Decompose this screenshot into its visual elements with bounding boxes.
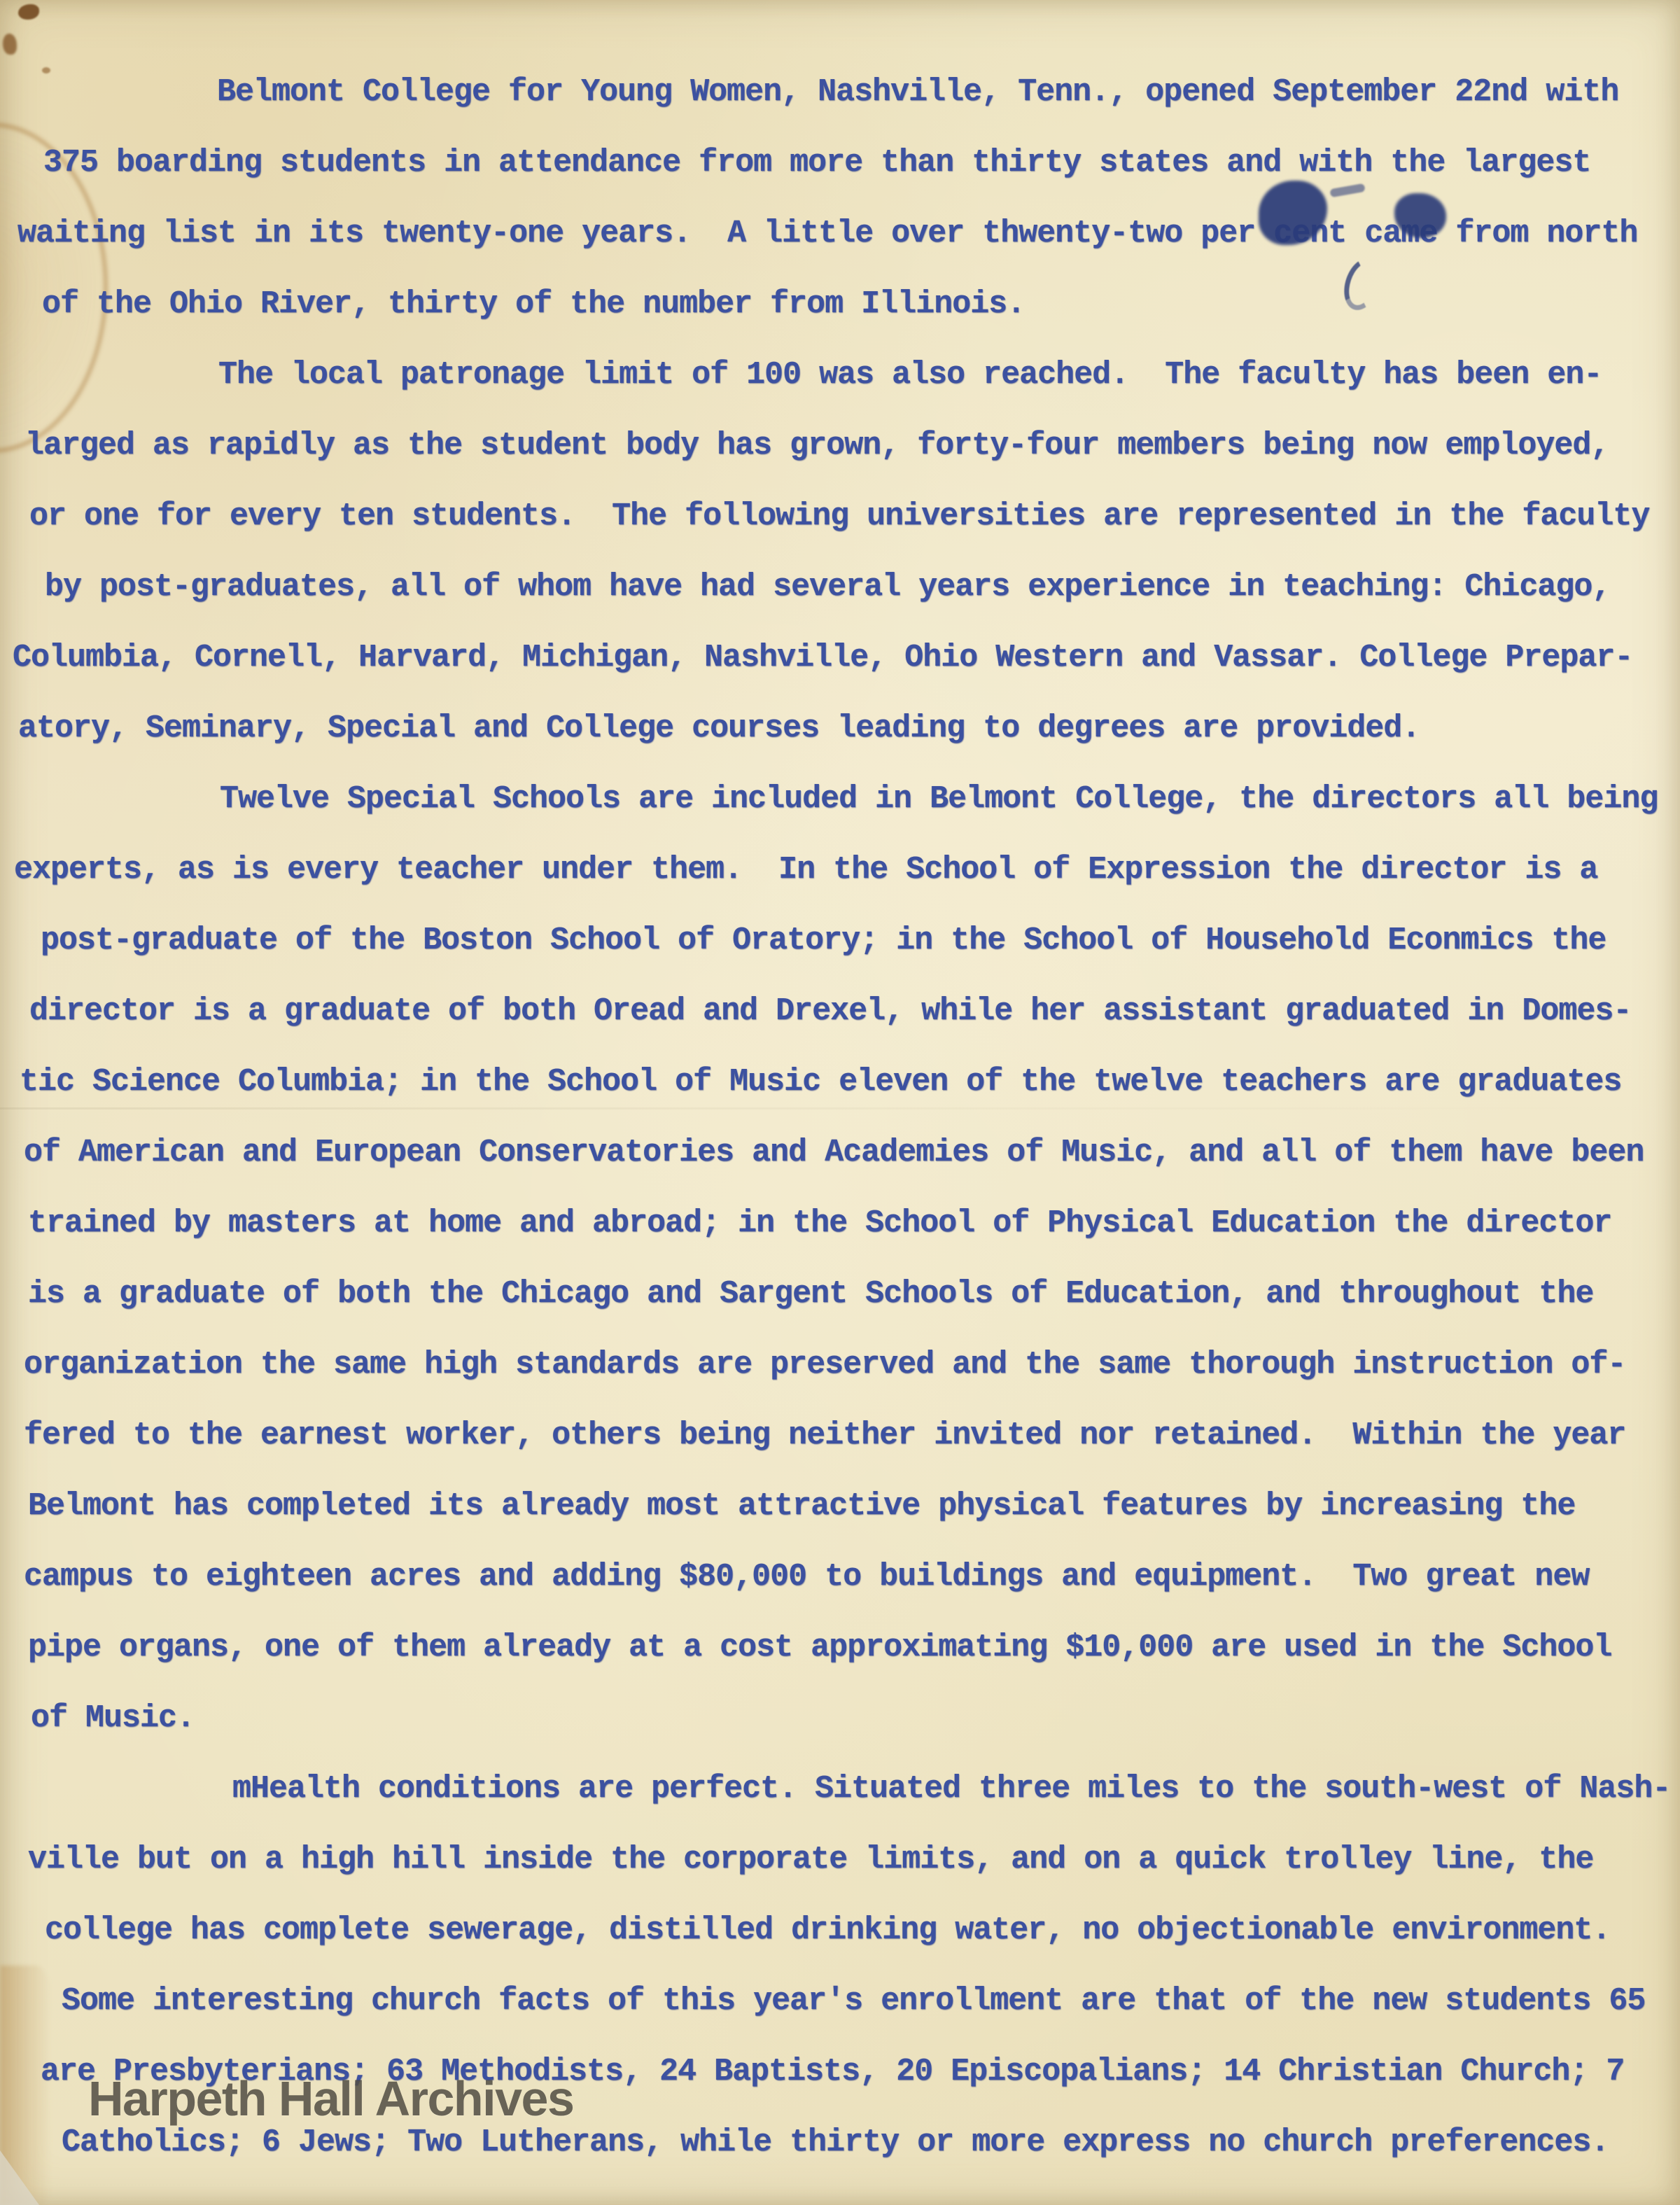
typed-line-20: fered to the earnest worker, others bein… xyxy=(24,1417,1625,1453)
paper-crease xyxy=(0,1107,1680,1109)
typed-line-18: is a graduate of both the Chicago and Sa… xyxy=(28,1276,1593,1312)
ink-smudge xyxy=(1329,183,1365,198)
typed-line-12: experts, as is every teacher under them.… xyxy=(14,852,1597,888)
typed-line-25: mHealth conditions are perfect. Situated… xyxy=(232,1771,1670,1807)
typed-line-11: Twelve Special Schools are included in B… xyxy=(220,781,1658,817)
typed-line-6: larged as rapidly as the student body ha… xyxy=(25,428,1609,463)
typed-line-24: of Music. xyxy=(31,1700,195,1736)
ink-smudge xyxy=(1338,253,1386,314)
typed-line-15: tic Science Columbia; in the School of M… xyxy=(20,1064,1621,1100)
typed-line-22: campus to eighteen acres and adding $80,… xyxy=(24,1559,1589,1595)
typed-line-2: 375 boarding students in attendance from… xyxy=(43,145,1590,181)
typed-line-28: Some interesting church facts of this ye… xyxy=(62,1983,1645,2019)
typed-line-26: ville but on a high hill inside the corp… xyxy=(28,1842,1593,1877)
typed-line-27: college has complete sewerage, distilled… xyxy=(45,1912,1610,1948)
typed-line-16: of American and European Conservatories … xyxy=(24,1135,1644,1170)
typed-line-17: trained by masters at home and abroad; i… xyxy=(28,1205,1611,1241)
typed-line-5: The local patronage limit of 100 was als… xyxy=(218,357,1602,393)
typed-line-10: atory, Seminary, Special and College cou… xyxy=(18,710,1420,746)
paper-speck xyxy=(42,67,50,73)
typed-line-30: Catholics; 6 Jews; Two Lutherans, while … xyxy=(62,2124,1609,2160)
typed-line-23: pipe organs, one of them already at a co… xyxy=(28,1630,1611,1665)
paper-speck xyxy=(3,34,17,55)
typed-line-8: by post-graduates, all of whom have had … xyxy=(45,569,1610,605)
typed-line-1: Belmont College for Young Women, Nashvil… xyxy=(217,74,1618,110)
typed-line-14: director is a graduate of both Oread and… xyxy=(29,993,1631,1029)
typed-line-9: Columbia, Cornell, Harvard, Michigan, Na… xyxy=(13,640,1632,675)
scanned-typewritten-page: Belmont College for Young Women, Nashvil… xyxy=(0,0,1680,2205)
typed-line-7: or one for every ten students. The follo… xyxy=(29,498,1649,534)
typed-line-4: of the Ohio River, thirty of the number … xyxy=(42,286,1025,322)
typed-line-19: organization the same high standards are… xyxy=(24,1347,1625,1382)
archive-watermark: Harpeth Hall Archives xyxy=(88,2071,573,2127)
typed-line-21: Belmont has completed its already most a… xyxy=(28,1488,1575,1524)
typed-line-3: waiting list in its twenty-one years. A … xyxy=(17,216,1637,251)
typed-line-13: post-graduate of the Boston School of Or… xyxy=(41,923,1606,958)
paper-speck xyxy=(18,4,39,20)
